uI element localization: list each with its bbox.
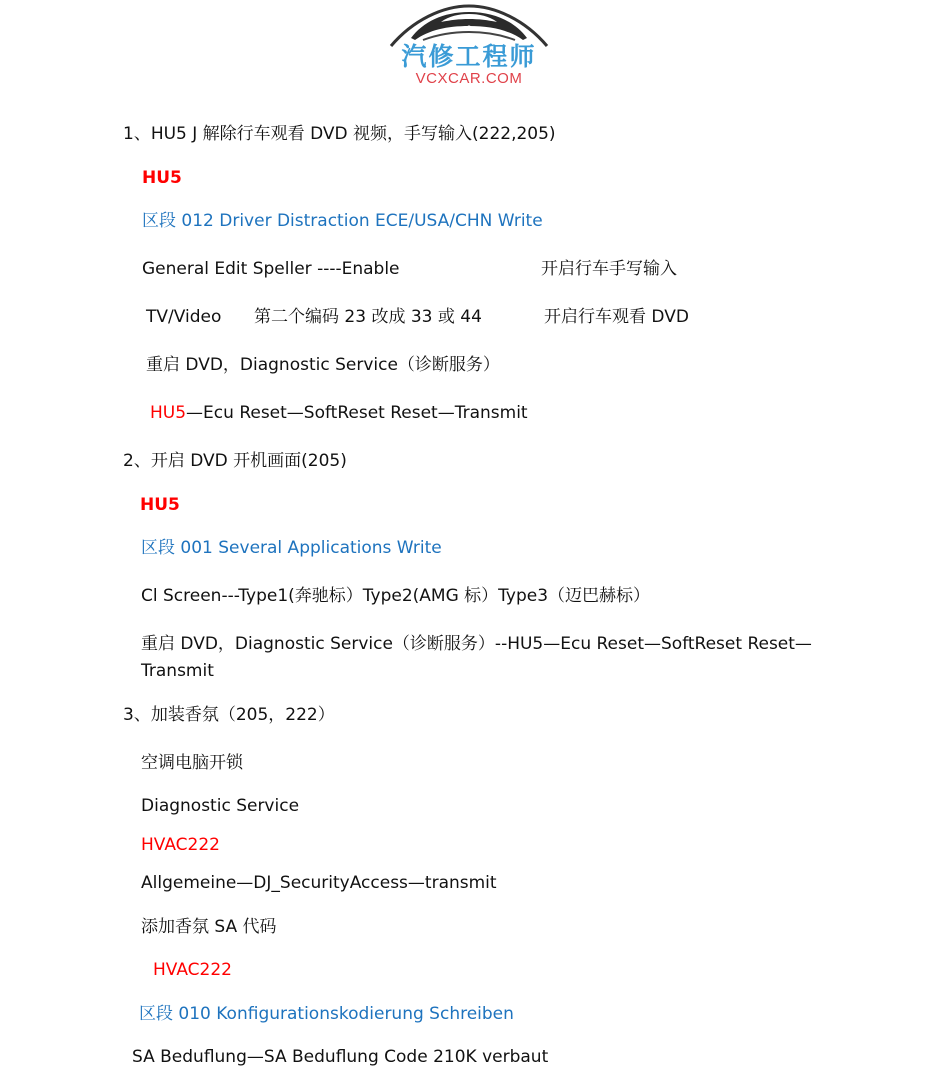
setting-tv-video-note: 开启行车观看 DVD <box>544 306 689 328</box>
section-3-heading: 3、加装香氛（205，222） <box>123 704 335 726</box>
section-2-module: HU5 <box>140 494 180 516</box>
section-2-restart-line2: Transmit <box>141 660 214 682</box>
setting-speller: General Edit Speller ----Enable <box>142 258 400 280</box>
section-3-block: 区段 010 Konfigurationskodierung Schreiben <box>139 1003 514 1025</box>
section-2-block: 区段 001 Several Applications Write <box>141 537 442 559</box>
section-3-unlock-path: Allgemeine—DJ_SecurityAccess—transmit <box>141 872 497 894</box>
setting-tv-video-code: 第二个编码 23 改成 33 或 44 <box>254 306 482 328</box>
logo-title: 汽修工程师 <box>383 42 555 72</box>
reset-steps: —Ecu Reset—SoftReset Reset—Transmit <box>186 403 528 423</box>
section-3-sa-line: SA Beduflung—SA Beduflung Code 210K verb… <box>132 1046 548 1068</box>
section-2-restart-line1: 重启 DVD，Diagnostic Service（诊断服务）--HU5—Ecu… <box>141 633 812 655</box>
section-3-module-1: HVAC222 <box>141 834 220 856</box>
section-3-step-unlock: 空调电脑开锁 <box>141 752 243 774</box>
site-logo: 汽修工程师 VCXCAR.COM <box>383 0 555 92</box>
section-1-reset-path: HU5—Ecu Reset—SoftReset Reset—Transmit <box>150 402 528 424</box>
setting-speller-note: 开启行车手写输入 <box>541 258 677 280</box>
section-2-heading: 2、开启 DVD 开机画面(205) <box>123 450 347 472</box>
section-1-block: 区段 012 Driver Distraction ECE/USA/CHN Wr… <box>142 210 543 232</box>
section-1-restart: 重启 DVD，Diagnostic Service（诊断服务） <box>146 354 500 376</box>
section-1-heading: 1、HU5 J 解除行车观看 DVD 视频，手写输入(222,205) <box>123 123 556 145</box>
setting-ci-screen: Cl Screen---Type1(奔驰标）Type2(AMG 标）Type3（… <box>141 585 650 607</box>
section-3-step-add-sa: 添加香氛 SA 代码 <box>141 916 277 938</box>
reset-module: HU5 <box>150 403 186 423</box>
logo-domain: VCXCAR.COM <box>383 70 555 88</box>
section-1-module: HU5 <box>142 167 182 189</box>
section-3-diagnostic-service: Diagnostic Service <box>141 795 299 817</box>
section-3-module-2: HVAC222 <box>153 959 232 981</box>
setting-tv-video: TV/Video <box>146 306 221 328</box>
